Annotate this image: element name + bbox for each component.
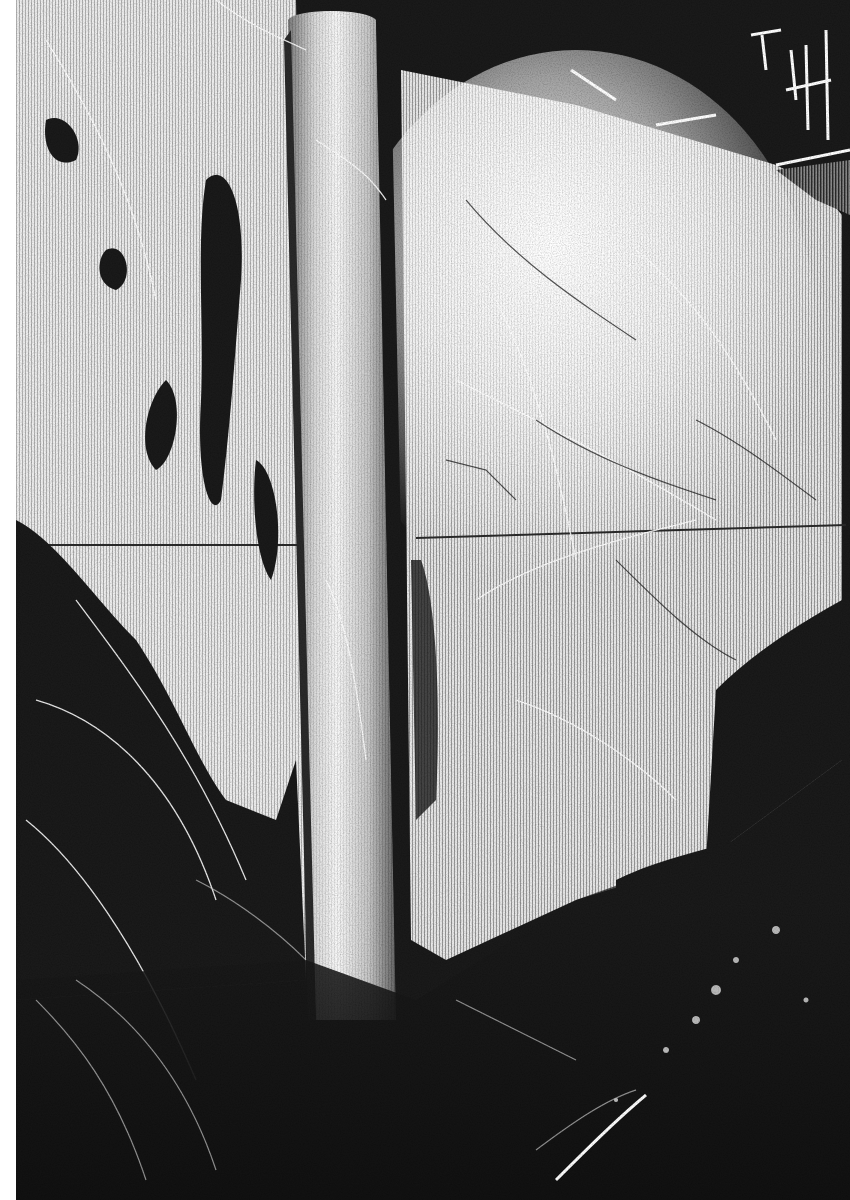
manga-panel: Black-and-white manga panel of a weather… — [16, 0, 850, 1200]
grain-overlay — [16, 0, 850, 1200]
wall-illustration — [16, 0, 850, 1200]
